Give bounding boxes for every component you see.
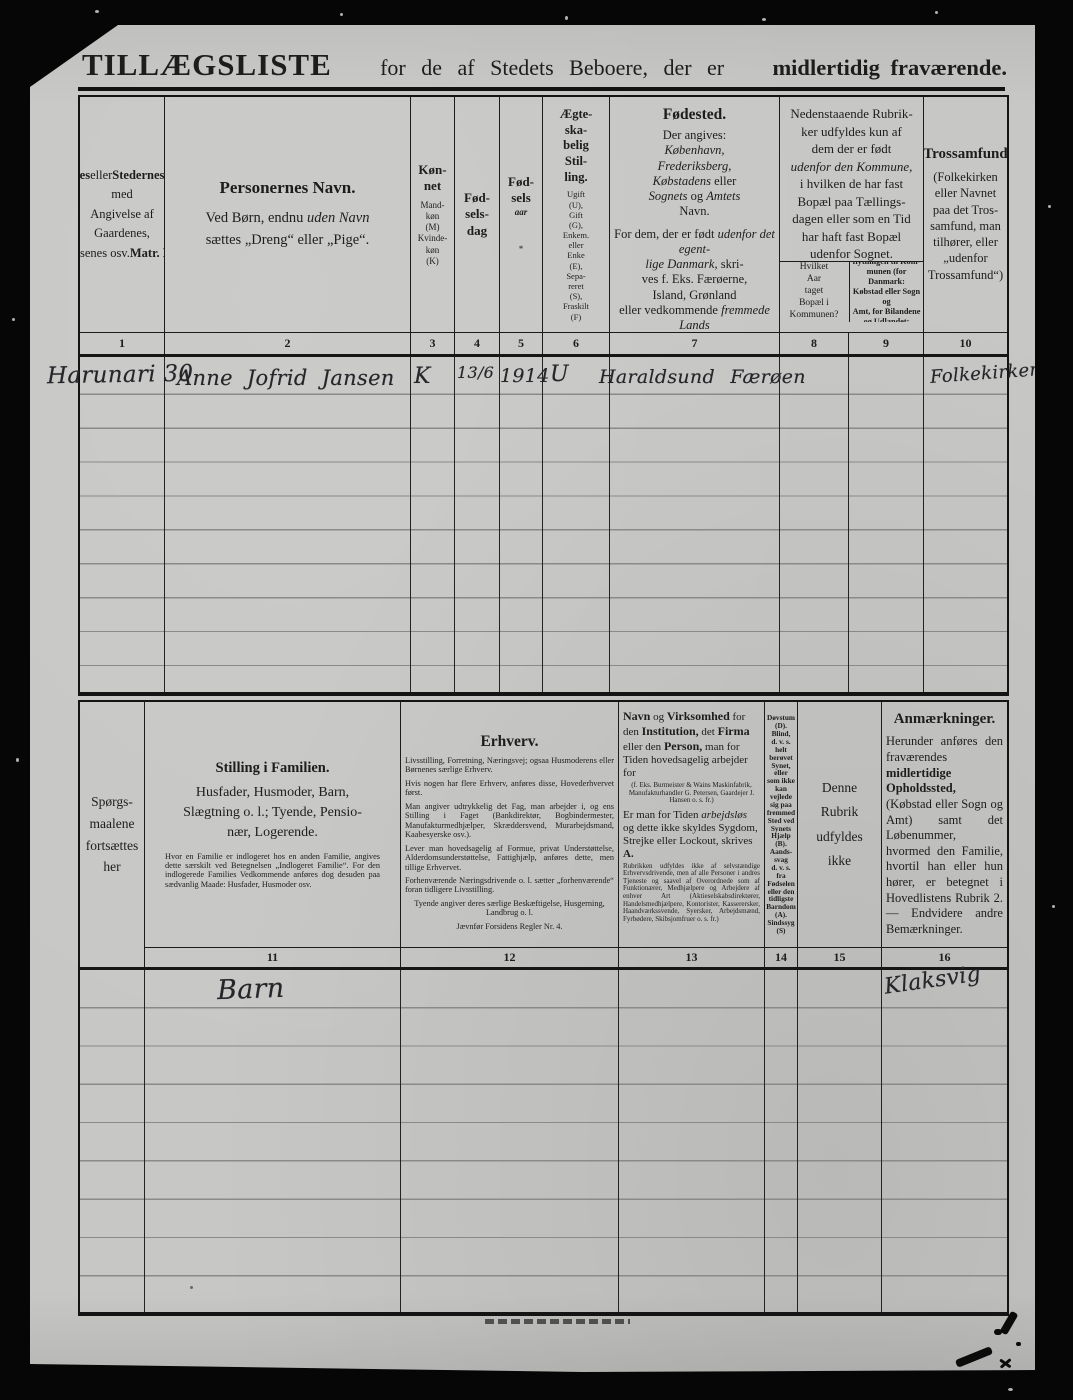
col7-header-birthplace: Fødested. Der angives: København, Freder…: [609, 97, 779, 332]
col12-title: Erhverv.: [480, 733, 538, 751]
col5-title: Fød- sels: [508, 174, 534, 207]
dust-speck: [340, 13, 343, 16]
col16-header-remarks: Anmærkninger. Herunder anføres den fravæ…: [881, 702, 1007, 947]
column-lines: [80, 970, 1007, 1312]
col15-text: Denne Rubrik udfyldes ikke: [816, 776, 863, 873]
col6-title: Ægte- ska- belig Stil- ling.: [560, 107, 593, 185]
entry-place-matr: Harunari 30: [47, 361, 194, 390]
col4-header-birthday: Fød- sels- dag: [454, 97, 499, 332]
title-middle: for de af Stedets Beboere, der er: [380, 55, 724, 81]
col12-p2: Hvis nogen har flere Erhverv, anføres di…: [405, 779, 614, 798]
col1-header-place: ByernesellerStedernesNavne med Angivelse…: [80, 97, 164, 332]
dust-speck: [12, 318, 15, 321]
colnum-12: 12: [400, 947, 618, 967]
entry-family-position: Barn: [216, 973, 284, 1006]
col16-body-b: (Købstad eller Sogn og Amt) samt det Løb…: [886, 797, 1003, 936]
col2-sub-italic: uden Navn: [307, 210, 369, 226]
colnum-5: 5: [499, 332, 542, 354]
col12-p6: Tyende angiver deres særlige Beskæftigel…: [405, 899, 614, 918]
column-lines: [80, 357, 1007, 692]
col5-asterisk: *: [519, 244, 524, 255]
colnum-3: 3: [410, 332, 454, 354]
col7-p1-f: Amtets: [706, 189, 740, 203]
colnum-10: 10: [923, 332, 1007, 354]
col7-p1-a: Der angives:: [663, 128, 727, 142]
col15-header-unused: Denne Rubrik udfyldes ikke: [797, 702, 881, 947]
col7-p1-c: eller: [711, 174, 736, 188]
col6-header-marital: Ægte- ska- belig Stil- ling. Ugift (U), …: [542, 97, 609, 332]
entry-birthday: 13/6: [457, 363, 494, 382]
col1-line-matr: Matr. Nr.: [130, 246, 164, 260]
entry-birthyear: 1914: [500, 365, 550, 387]
col13-virksomhed: Virksomhed: [667, 709, 730, 723]
colnum-9: 9: [848, 332, 923, 354]
colnum-4: 4: [454, 332, 499, 354]
dust-speck: [1048, 205, 1051, 208]
col5-sub: aar: [515, 207, 528, 218]
col13-p2-b: og dette ikke skyldes Sygdom, Strejke el…: [623, 822, 758, 847]
col89-head-italic: udenfor den Kommune,: [791, 159, 913, 174]
dust-speck: [565, 16, 568, 20]
colnum-1: 1: [80, 332, 164, 354]
col13-det: det: [699, 726, 718, 738]
colnum-8: 8: [779, 332, 848, 354]
col12-p3: Man angiver udtrykkelig det Fag, man arb…: [405, 802, 614, 840]
col7-p1-d: Sognets: [649, 189, 688, 203]
questions-continue-label: Spørgs- maalene fortsættes her: [80, 702, 144, 967]
col7-p1-g: Navn.: [679, 204, 709, 218]
entry-marital: U: [550, 362, 569, 387]
col4-title: Fød- sels- dag: [464, 190, 490, 239]
col89-head-a: Nedenstaaende Rubrik- ker udfyldes kun a…: [790, 106, 912, 156]
col2-title: Personernes Navn.: [220, 178, 356, 198]
col13-institution: Institution,: [642, 724, 699, 738]
col13-p2-a: Er man for Tiden: [623, 809, 701, 821]
colnum-7: 7: [609, 332, 779, 354]
col12-header-occupation: Erhverv. Livsstilling, Forretning, Nærin…: [400, 702, 618, 947]
title-rule: [78, 87, 1005, 91]
page-title: TILLÆGSLISTE for de af Stedets Beboere, …: [82, 47, 1007, 83]
col6-sub: Ugift (U), Gift (G), Enkem. eller Enke (…: [563, 189, 589, 321]
ink-speck: [190, 1286, 193, 1289]
col8-subheader: Hvilket Aar taget Bopæl i Kommunen?: [780, 262, 849, 322]
col2-header-name: Personernes Navn. Ved Børn, endnu uden N…: [164, 97, 410, 332]
col13-firma: Firma: [718, 724, 750, 738]
col13-fineprint-1: (f. Eks. Burmeister & Wains Maskinfabrik…: [623, 782, 760, 805]
col13-og: og: [650, 711, 667, 723]
col10-title: Trossamfund: [923, 146, 1007, 163]
dust-speck: [1052, 905, 1055, 908]
scanned-census-page: TILLÆGSLISTE for de af Stedets Beboere, …: [0, 0, 1073, 1400]
paper-sheet: TILLÆGSLISTE for de af Stedets Beboere, …: [30, 25, 1035, 1372]
col1-line-stedernes: Stedernes: [112, 168, 164, 182]
dust-speck: [762, 18, 766, 21]
title-main: TILLÆGSLISTE: [82, 47, 332, 83]
colnum-14: 14: [764, 947, 797, 967]
colnum-11: 11: [144, 947, 400, 967]
entry-birthplace: Haraldsund Færøen: [599, 366, 806, 388]
colnum-6: 6: [542, 332, 609, 354]
col5-header-birthyear: Fød- sels aar *: [499, 97, 542, 332]
col16-title: Anmærkninger.: [894, 711, 996, 728]
col7-title: Fødested.: [663, 106, 726, 124]
col12-p1: Livsstilling, Forretning, Næringsvej; og…: [405, 756, 614, 775]
printer-imprint: [485, 1319, 630, 1324]
ink-dot: [994, 1329, 1002, 1335]
table-upper-entries: Harunari 30 Anne Jofrid Jansen K 13/6 19…: [80, 354, 1007, 692]
col12-p5: Forhenværende Næringsdrivende o. l. sætt…: [405, 876, 614, 895]
col13-navn: Navn: [623, 709, 650, 723]
col10-header-religion: Trossamfund (Folkekirken eller Navnet pa…: [923, 97, 1007, 332]
col2-sub-b: sættes „Dreng“ eller „Pige“.: [206, 232, 369, 248]
dust-speck: [16, 758, 19, 762]
col3-title: Køn- net: [418, 162, 446, 195]
title-end: midlertidig fraværende.: [772, 55, 1007, 81]
col11-fineprint: Hvor en Familie er indlogeret hos en and…: [165, 852, 380, 890]
col13-ellerden: eller den: [623, 741, 664, 753]
dust-speck: [935, 11, 938, 14]
ink-stroke: [955, 1346, 993, 1368]
dust-speck: [1008, 1388, 1013, 1391]
col14-fineprint: Døvstum (D). Blind, d. v. s. helt berøve…: [766, 714, 796, 935]
col10-sub: (Folkekirken eller Navnet paa det Tros- …: [928, 169, 1003, 283]
col9-subheader: Sidste Bopæl før Til- flytningen til Kom…: [849, 262, 924, 322]
col1-line-byernes: Byernes: [80, 168, 90, 182]
col11-title: Stilling i Familien.: [216, 760, 330, 777]
table-upper: ByernesellerStedernesNavne med Angivelse…: [78, 95, 1009, 696]
entry-sex: K: [414, 364, 431, 389]
col13-fineprint-2: Rubrikken udfyldes ikke af selvstændige …: [623, 863, 760, 923]
col16-body-a: Herunder anføres den fraværendes: [886, 734, 1003, 764]
table-lower-entries: Barn Klaksvig: [80, 967, 1007, 1312]
colnum-15: 15: [797, 947, 881, 967]
col12-p4: Lever man hovedsagelig af Formue, privat…: [405, 844, 614, 872]
col1-line-eller: eller: [90, 168, 112, 182]
col2-sub-a: Ved Børn, endnu: [206, 210, 308, 226]
col13-header-employer: Navn og Virksomhed for den Institution, …: [618, 702, 764, 947]
col7-p1-e: og: [688, 189, 707, 203]
col16-bold: midlertidige Opholdssted,: [886, 766, 956, 796]
table-lower: Spørgs- maalene fortsættes her Stilling …: [78, 700, 1009, 1316]
col8-9-group-header: Nedenstaaende Rubrik- ker udfyldes kun a…: [779, 97, 923, 332]
entry-person-name: Anne Jofrid Jansen: [177, 366, 395, 390]
colnum-2: 2: [164, 332, 410, 354]
col13-arbejdslos: arbejdsløs: [701, 809, 747, 821]
col12-p7: Jævnfør Forsidens Regler Nr. 4.: [456, 922, 562, 931]
col7-p2-a: For dem, der er født: [614, 227, 717, 241]
col89-head-b: i hvilken de har fast Bopæl paa Tællings…: [792, 176, 910, 261]
colnum-13: 13: [618, 947, 764, 967]
col13-a-mark: A.: [623, 848, 634, 860]
dust-speck: [95, 10, 99, 13]
col11-sub: Husfader, Husmoder, Barn, Slægtning o. l…: [183, 783, 362, 844]
col3-sub: Mand- køn (M) Kvinde- køn (K): [418, 200, 448, 268]
col3-header-sex: Køn- net Mand- køn (M) Kvinde- køn (K): [410, 97, 454, 332]
colnum-16: 16: [881, 947, 1007, 967]
col13-person: Person,: [664, 739, 702, 753]
ink-dot: [1016, 1342, 1021, 1346]
col11-header-position: Stilling i Familien. Husfader, Husmoder,…: [144, 702, 400, 947]
col14-header-disability: Døvstum (D). Blind, d. v. s. helt berøve…: [764, 702, 797, 947]
col8-9-subheaders: Hvilket Aar taget Bopæl i Kommunen? Sids…: [780, 261, 924, 322]
